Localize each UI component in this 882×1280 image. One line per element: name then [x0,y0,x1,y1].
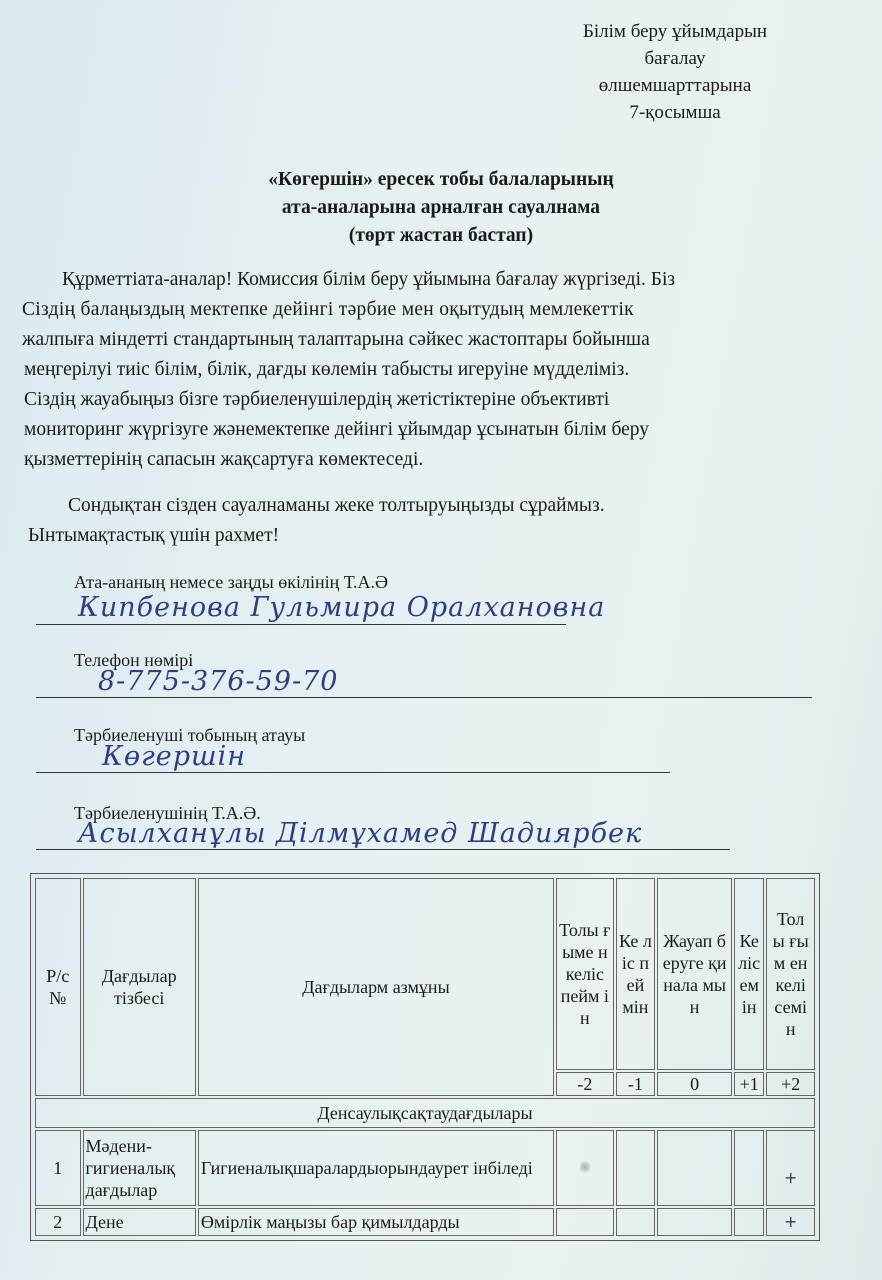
intro-line: қызметтерінің сапасын жақсартуға көмекте… [24,446,423,474]
annex-line: өлшемшарттарына [540,72,810,99]
header-option-strongly-disagree: Толы ғыме н келіс пейм ін [556,878,614,1070]
child-name-underline [36,849,730,850]
table-row: 1 Мәдени-гигиеналық дағдылар Гигиеналықш… [35,1130,815,1206]
intro-line: мониторинг жүргізуге жәнемектепке дейінг… [24,416,649,444]
answer-cell[interactable] [616,1130,655,1206]
annex-line: 7-қосымша [540,99,810,126]
intro-line: меңгерілуі тиіс білім, білік, дағды көле… [24,356,629,384]
score-0: 0 [657,1072,732,1096]
score-plus-2: +2 [766,1072,815,1096]
skills-table: Р/с № Дағдылар тізбесі Дағдыларм азмұны … [30,873,820,1241]
title-line: (төрт жастан бастап) [150,222,732,250]
smudge-mark [580,1160,590,1174]
intro-line: Құрметтіата-аналар! Комиссия білім беру … [62,266,675,294]
annex-note: Білім беру ұйымдарын бағалау өлшемшартта… [540,18,810,126]
answer-cell[interactable] [657,1208,732,1236]
header-num: Р/с № [35,878,81,1096]
row-content: Гигиеналықшаралардыорындаурет інбіледі [198,1130,554,1206]
phone-underline [36,697,812,698]
answer-cell[interactable] [657,1130,732,1206]
answer-cell[interactable] [616,1208,655,1236]
answer-cell-checked[interactable]: + [766,1208,815,1236]
section-header: Денсаулықсақтаудағдылары [35,1098,815,1128]
child-name-value[interactable]: Асылханұлы Ділмұхамед Шадиярбек [78,818,642,849]
answer-cell[interactable] [734,1208,764,1236]
answer-cell-checked[interactable]: + [766,1130,815,1206]
answer-cell[interactable] [556,1208,614,1236]
title-line: «Көгершін» ересек тобы балаларының [150,166,732,194]
annex-line: бағалау [540,45,810,72]
row-content: Өмірлік маңызы бар қимылдарды [198,1208,554,1236]
annex-line: Білім беру ұйымдарын [540,18,810,45]
header-option-undecided: Жауап беруге қинала мын [657,878,732,1070]
row-num: 2 [35,1208,81,1236]
title-line: ата-аналарына арналған сауалнама [150,194,732,222]
parent-name-underline [36,624,566,625]
parent-name-value[interactable]: Кипбенова Гульмира Оралхановна [78,592,605,623]
phone-value[interactable]: 8-775-376-59-70 [98,666,338,697]
intro-line: жалпыға міндетті стандартының талаптарын… [22,326,650,354]
header-option-strongly-agree: Тол ы ғым ен келі семі н [766,878,815,1070]
group-name-value[interactable]: Көгершін [102,741,246,772]
score-minus-2: -2 [556,1072,614,1096]
group-name-underline [36,772,670,773]
row-skill: Дене [83,1208,196,1236]
row-num: 1 [35,1130,81,1206]
answer-cell[interactable] [556,1130,614,1206]
header-skill-list: Дағдылар тізбесі [83,878,196,1096]
document-title: «Көгершін» ересек тобы балаларының ата-а… [150,166,732,250]
score-plus-1: +1 [734,1072,764,1096]
intro-line: Сіздің балаңыздың мектепке дейінгі тәрби… [22,296,634,324]
table-row: 2 Дене Өмірлік маңызы бар қимылдарды + [35,1208,815,1236]
intro-line: Сіздің жауабыңыз бізге тәрбиеленушілерді… [24,386,609,414]
header-option-disagree: Ке ліс пей мін [616,878,655,1070]
row-skill: Мәдени-гигиеналық дағдылар [83,1130,196,1206]
parent-name-label: Ата-ананың немесе заңды өкілінің Т.А.Ә [74,572,388,593]
answer-cell[interactable] [734,1130,764,1206]
header-option-agree: Ке ліс ем ін [734,878,764,1070]
closing-line: Ынтымақтастық үшін рахмет! [28,522,279,550]
header-skill-content: Дағдыларм азмұны [198,878,554,1096]
score-minus-1: -1 [616,1072,655,1096]
closing-line: Сондықтан сізден сауалнаманы жеке толтыр… [68,492,605,520]
